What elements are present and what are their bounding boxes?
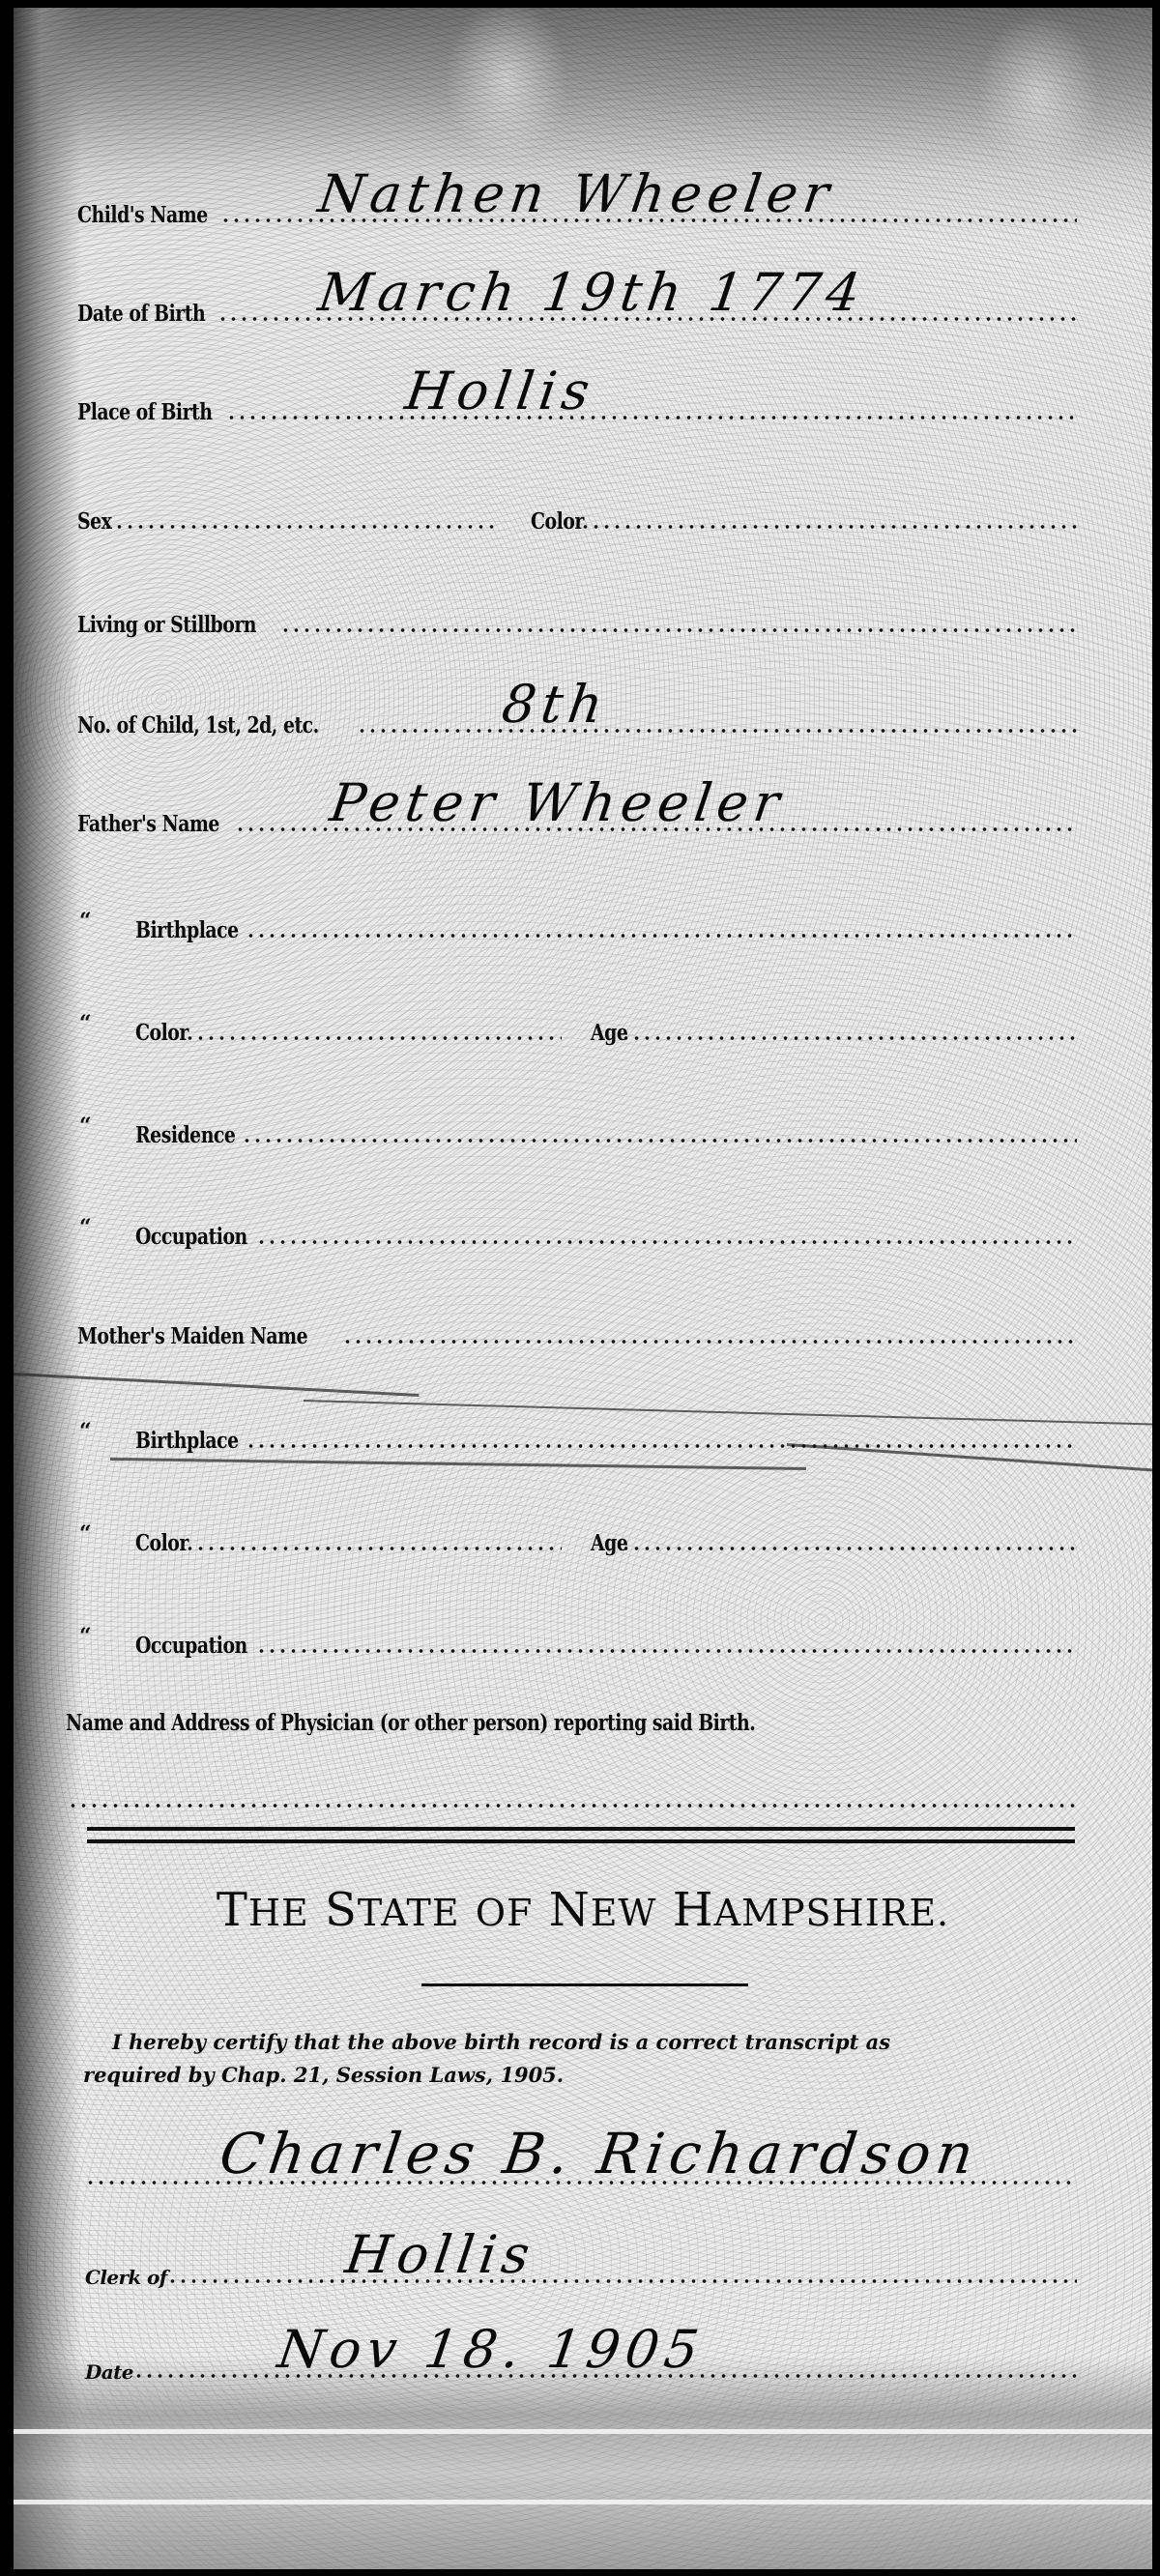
field-father-color-age: “ Color Age: [135, 1007, 1077, 1046]
dotted-line: [167, 2279, 1077, 2283]
dotted-line: [242, 1139, 1077, 1143]
dotted-line: [185, 1036, 562, 1040]
label-date: Date: [85, 2360, 133, 2384]
label-no-of-child: No. of Child, 1st, 2d, etc.: [77, 712, 319, 738]
label-mothers-maiden-name: Mother's Maiden Name: [77, 1323, 307, 1349]
dotted-line: [621, 1036, 1077, 1040]
state-title: THE STATE OF NEW HAMPSHIRE.: [14, 1883, 1152, 1937]
field-father-occupation: “ Occupation: [135, 1211, 1077, 1250]
certification-line-1: I hereby certify that the above birth re…: [83, 2026, 1088, 2059]
ditto-mark: “: [79, 1521, 92, 1547]
label-mother-age: Age: [591, 1530, 627, 1556]
scratch-mark: [110, 1458, 806, 1470]
dotted-line: [342, 1340, 1077, 1344]
clerk-signature: Charles B. Richardson: [216, 2121, 983, 2186]
dotted-line: [246, 1444, 1077, 1448]
label-fathers-name: Father's Name: [77, 811, 219, 837]
dotted-line: [256, 1649, 1077, 1653]
field-father-residence: “ Residence: [135, 1110, 1077, 1148]
field-physician-value: [68, 1775, 1077, 1813]
dotted-line: [580, 525, 1077, 529]
dotted-line: [357, 729, 1077, 733]
value-clerk-of: Hollis: [342, 2224, 539, 2285]
certification-line-2: required by Chap. 21, Session Laws, 1905…: [83, 2059, 1088, 2092]
dotted-line: [226, 416, 1077, 420]
label-place-of-birth: Place of Birth: [77, 399, 212, 425]
label-father-occupation: Occupation: [135, 1224, 247, 1250]
dotted-line: [256, 1240, 1077, 1244]
label-date-of-birth: Date of Birth: [77, 301, 205, 327]
label-childs-name: Child's Name: [77, 202, 208, 228]
dotted-line: [103, 525, 500, 529]
label-clerk-of: Clerk of: [85, 2266, 167, 2289]
birth-record-page: Child's Name Nathen Wheeler Date of Birt…: [14, 8, 1152, 2569]
divider-rule: [87, 1839, 1075, 1843]
ditto-mark: “: [79, 1419, 92, 1444]
scan-streak: [14, 2429, 1152, 2434]
label-color: Color: [531, 508, 584, 535]
dotted-line: [621, 1547, 1077, 1550]
field-childs-name: Child's Name Nathen Wheeler: [77, 189, 1077, 228]
field-mother-color-age: “ Color Age: [135, 1518, 1077, 1556]
label-sex: Sex: [77, 508, 111, 535]
value-no-of-child: 8th: [499, 674, 613, 735]
value-date: Nov 18. 1905: [275, 2319, 709, 2380]
label-father-color: Color: [135, 1020, 188, 1046]
field-date: Date Nov 18. 1905: [85, 2345, 1077, 2384]
dotted-line: [68, 1804, 1077, 1808]
value-fathers-name: Peter Wheeler: [327, 772, 790, 833]
label-living-or-stillborn: Living or Stillborn: [77, 612, 256, 638]
field-mothers-maiden-name: Mother's Maiden Name: [77, 1311, 1077, 1349]
certification-text: I hereby certify that the above birth re…: [83, 2026, 1088, 2092]
ditto-mark: “: [79, 1114, 92, 1139]
label-mother-birthplace: Birthplace: [135, 1428, 239, 1454]
label-father-residence: Residence: [135, 1122, 235, 1148]
title-underline: [421, 1983, 748, 1986]
scratch-mark: [14, 1373, 420, 1397]
field-date-of-birth: Date of Birth March 19th 1774: [77, 288, 1077, 327]
field-physician: Name and Address of Physician (or other …: [66, 1697, 1077, 1736]
field-living-or-stillborn: Living or Stillborn: [77, 599, 1077, 638]
label-father-age: Age: [591, 1020, 627, 1046]
scan-bottom-band: [14, 2357, 1152, 2569]
ditto-mark: “: [79, 1011, 92, 1036]
divider-rule: [87, 1827, 1075, 1831]
field-mother-birthplace: “ Birthplace: [135, 1415, 1077, 1454]
value-place-of-birth: Hollis: [402, 361, 599, 421]
value-childs-name: Nathen Wheeler: [315, 163, 839, 224]
scan-streak: [14, 2500, 1152, 2504]
dotted-line: [246, 934, 1077, 938]
label-father-birthplace: Birthplace: [135, 917, 239, 943]
field-place-of-birth: Place of Birth Hollis: [77, 387, 1077, 425]
field-mother-occupation: “ Occupation: [135, 1620, 1077, 1659]
field-clerk-of: Clerk of Hollis: [85, 2250, 1077, 2289]
ditto-mark: “: [79, 909, 92, 934]
label-mother-occupation: Occupation: [135, 1633, 247, 1659]
field-sex-color: Sex Color: [77, 496, 1077, 535]
dotted-line: [185, 1547, 562, 1550]
ditto-mark: “: [79, 1215, 92, 1240]
ditto-mark: “: [79, 1624, 92, 1649]
value-date-of-birth: March 19th 1774: [315, 262, 870, 323]
dotted-line: [280, 628, 1077, 632]
label-mother-color: Color: [135, 1530, 188, 1556]
label-physician: Name and Address of Physician (or other …: [66, 1710, 755, 1736]
field-father-birthplace: “ Birthplace: [135, 905, 1077, 943]
field-no-of-child: No. of Child, 1st, 2d, etc. 8th: [77, 700, 1077, 738]
field-clerk-signature: Charles B. Richardson: [85, 2152, 1077, 2190]
field-fathers-name: Father's Name Peter Wheeler: [77, 798, 1077, 837]
